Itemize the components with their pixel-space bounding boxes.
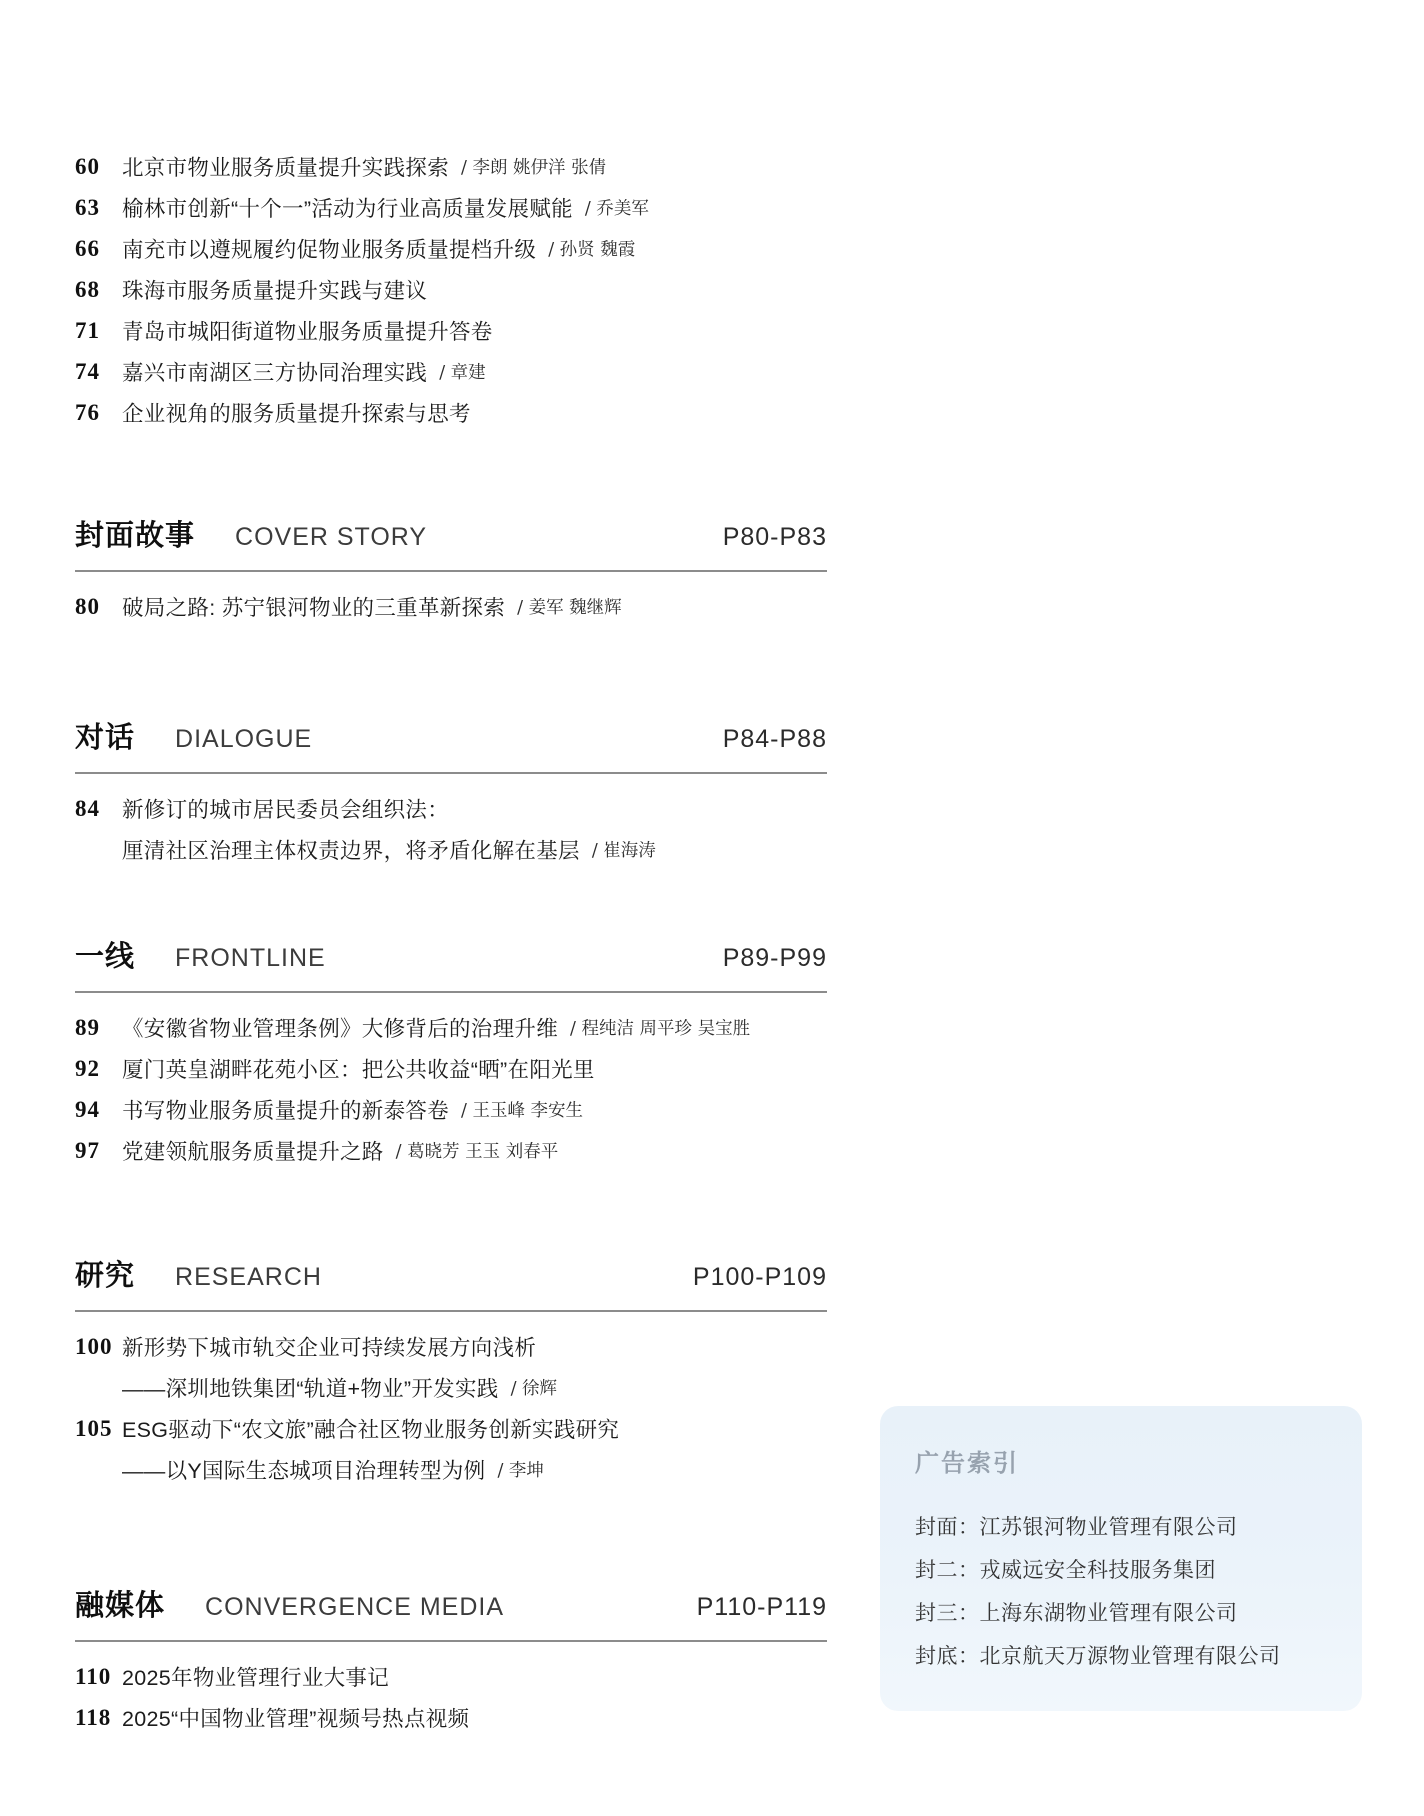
toc-item-title: 榆林市创新“十个一”活动为行业高质量发展赋能: [122, 192, 573, 223]
toc-item-title: ——以Y国际生态城项目治理转型为例: [122, 1454, 485, 1485]
ad-index-title: 广告索引: [915, 1450, 1362, 1478]
toc-item: 92 厦门英皇湖畔花苑小区：把公共收益“晒”在阳光里: [75, 1048, 827, 1089]
toc-item-title: 新形势下城市轨交企业可持续发展方向浅析: [122, 1331, 536, 1362]
section-page-range: P100-P109: [693, 1263, 827, 1292]
toc-item-authors: / 乔美军: [585, 195, 649, 220]
toc-item-number: 76: [75, 400, 122, 426]
section-header: 研究 RESEARCH P100-P109: [75, 1259, 827, 1312]
toc-item-title: 厘清社区治理主体权责边界，将矛盾化解在基层: [122, 834, 580, 865]
section-title-en: COVER STORY: [235, 523, 427, 552]
toc-item: 94 书写物业服务质量提升的新泰答卷 / 王玉峰 李安生: [75, 1089, 827, 1130]
toc-item-title: 党建领航服务质量提升之路: [122, 1135, 384, 1166]
toc-item: 84 新修订的城市居民委员会组织法：: [75, 788, 827, 829]
toc-item-title: 珠海市服务质量提升实践与建议: [122, 274, 427, 305]
section-header: 一线 FRONTLINE P89-P99: [75, 940, 827, 993]
ad-index-item: 封面：江苏银河物业管理有限公司: [915, 1504, 1362, 1547]
toc-item-title: 厦门英皇湖畔花苑小区：把公共收益“晒”在阳光里: [122, 1053, 595, 1084]
toc-item-title: 北京市物业服务质量提升实践探索: [122, 151, 449, 182]
toc-item-title: 破局之路: 苏宁银河物业的三重革新探索: [122, 591, 505, 622]
ad-index-item: 封三：上海东湖物业管理有限公司: [915, 1590, 1362, 1633]
ad-index-item: 封底：北京航天万源物业管理有限公司: [915, 1633, 1362, 1676]
toc-item-title: 嘉兴市南湖区三方协同治理实践: [122, 356, 427, 387]
toc-item: 71 青岛市城阳街道物业服务质量提升答卷: [75, 310, 827, 351]
section-title-en: CONVERGENCE MEDIA: [205, 1593, 504, 1622]
toc-item-number: 118: [75, 1705, 122, 1731]
toc-item-authors: / 葛晓芳 王玉 刘春平: [396, 1138, 559, 1163]
toc-item-title: 南充市以遵规履约促物业服务质量提档升级: [122, 233, 536, 264]
section-page-range: P89-P99: [723, 944, 827, 973]
toc-item-number: 110: [75, 1664, 122, 1690]
toc-item-authors: / 程纯洁 周平珍 吴宝胜: [570, 1015, 750, 1040]
section-title-zh: 封面故事: [75, 519, 195, 553]
toc-item-title: ESG驱动下“农文旅”融合社区物业服务创新实践研究: [122, 1413, 619, 1444]
toc-item-continuation: ——以Y国际生态城项目治理转型为例 / 李坤: [75, 1449, 827, 1490]
section-item-list: 110 2025年物业管理行业大事记 118 2025“中国物业管理”视频号热点…: [75, 1656, 827, 1738]
toc-item: 80 破局之路: 苏宁银河物业的三重革新探索 / 姜军 魏继辉: [75, 586, 827, 627]
toc-item-continuation: ——深圳地铁集团“轨道+物业”开发实践 / 徐辉: [75, 1367, 827, 1408]
section-item-list: 80 破局之路: 苏宁银河物业的三重革新探索 / 姜军 魏继辉: [75, 586, 827, 627]
toc-item: 63 榆林市创新“十个一”活动为行业高质量发展赋能 / 乔美军: [75, 187, 827, 228]
magazine-toc-page: 60 北京市物业服务质量提升实践探索 / 李朗 姚伊洋 张倩 63 榆林市创新“…: [0, 0, 1424, 1816]
toc-item-number: 94: [75, 1097, 122, 1123]
toc-item-number: 74: [75, 359, 122, 385]
section-title-en: FRONTLINE: [175, 944, 326, 973]
toc-item: 66 南充市以遵规履约促物业服务质量提档升级 / 孙贤 魏霞: [75, 228, 827, 269]
section-dialogue: 对话 DIALOGUE P84-P88 84 新修订的城市居民委员会组织法： 厘…: [75, 721, 827, 870]
toc-item-authors: / 李坤: [497, 1457, 543, 1482]
toc-item-authors: / 李朗 姚伊洋 张倩: [461, 154, 606, 179]
toc-item: 89 《安徽省物业管理条例》大修背后的治理升维 / 程纯洁 周平珍 吴宝胜: [75, 1007, 827, 1048]
toc-item-authors: / 王玉峰 李安生: [461, 1097, 583, 1122]
toc-item-authors: / 章建: [439, 359, 485, 384]
toc-item-number: 80: [75, 594, 122, 620]
section-header: 对话 DIALOGUE P84-P88: [75, 721, 827, 774]
toc-item-number: 100: [75, 1334, 122, 1360]
ad-index-list: 封面：江苏银河物业管理有限公司 封二：戎威远安全科技服务集团 封三：上海东湖物业…: [880, 1504, 1362, 1676]
section-item-list: 89 《安徽省物业管理条例》大修背后的治理升维 / 程纯洁 周平珍 吴宝胜 92…: [75, 1007, 827, 1171]
section-frontline: 一线 FRONTLINE P89-P99 89 《安徽省物业管理条例》大修背后的…: [75, 940, 827, 1171]
toc-item: 118 2025“中国物业管理”视频号热点视频: [75, 1697, 827, 1738]
toc-item-title: 企业视角的服务质量提升探索与思考: [122, 397, 471, 428]
section-page-range: P84-P88: [723, 725, 827, 754]
toc-plain-list: 60 北京市物业服务质量提升实践探索 / 李朗 姚伊洋 张倩 63 榆林市创新“…: [75, 146, 827, 433]
toc-item-number: 68: [75, 277, 122, 303]
section-convergence-media: 融媒体 CONVERGENCE MEDIA P110-P119 110 2025…: [75, 1589, 827, 1738]
toc-item-number: 89: [75, 1015, 122, 1041]
toc-item-authors: / 姜军 魏继辉: [517, 594, 622, 619]
section-title-zh: 研究: [75, 1259, 135, 1293]
section-title-zh: 融媒体: [75, 1589, 165, 1623]
toc-item-continuation: 厘清社区治理主体权责边界，将矛盾化解在基层 / 崔海涛: [75, 829, 827, 870]
toc-item-title: 2025年物业管理行业大事记: [122, 1661, 389, 1692]
section-item-list: 84 新修订的城市居民委员会组织法： 厘清社区治理主体权责边界，将矛盾化解在基层…: [75, 788, 827, 870]
section-title-zh: 对话: [75, 721, 135, 755]
toc-item-title: 青岛市城阳街道物业服务质量提升答卷: [122, 315, 493, 346]
section-title-en: RESEARCH: [175, 1263, 322, 1292]
section-page-range: P80-P83: [723, 523, 827, 552]
toc-item-number: 63: [75, 195, 122, 221]
toc-item: 105 ESG驱动下“农文旅”融合社区物业服务创新实践研究: [75, 1408, 827, 1449]
section-title-en: DIALOGUE: [175, 725, 312, 754]
toc-item: 97 党建领航服务质量提升之路 / 葛晓芳 王玉 刘春平: [75, 1130, 827, 1171]
toc-item-title: 书写物业服务质量提升的新泰答卷: [122, 1094, 449, 1125]
toc-item-number: 84: [75, 796, 122, 822]
toc-item: 100 新形势下城市轨交企业可持续发展方向浅析: [75, 1326, 827, 1367]
section-page-range: P110-P119: [697, 1593, 827, 1622]
toc-item-authors: / 徐辉: [511, 1375, 557, 1400]
toc-item-number: 66: [75, 236, 122, 262]
section-research: 研究 RESEARCH P100-P109 100 新形势下城市轨交企业可持续发…: [75, 1259, 827, 1490]
toc-item-title: 《安徽省物业管理条例》大修背后的治理升维: [122, 1012, 558, 1043]
toc-item-title: 新修订的城市居民委员会组织法：: [122, 793, 449, 824]
toc-item: 68 珠海市服务质量提升实践与建议: [75, 269, 827, 310]
toc-item: 74 嘉兴市南湖区三方协同治理实践 / 章建: [75, 351, 827, 392]
toc-item-authors: / 孙贤 魏霞: [548, 236, 635, 261]
section-header: 封面故事 COVER STORY P80-P83: [75, 519, 827, 572]
toc-item-number: 60: [75, 154, 122, 180]
toc-content-column: 60 北京市物业服务质量提升实践探索 / 李朗 姚伊洋 张倩 63 榆林市创新“…: [75, 146, 827, 1738]
section-cover-story: 封面故事 COVER STORY P80-P83 80 破局之路: 苏宁银河物业…: [75, 519, 827, 627]
toc-item-number: 105: [75, 1416, 122, 1442]
toc-item-number: 71: [75, 318, 122, 344]
section-item-list: 100 新形势下城市轨交企业可持续发展方向浅析 ——深圳地铁集团“轨道+物业”开…: [75, 1326, 827, 1490]
toc-item-number: 97: [75, 1138, 122, 1164]
toc-item-title: 2025“中国物业管理”视频号热点视频: [122, 1702, 469, 1733]
toc-item: 110 2025年物业管理行业大事记: [75, 1656, 827, 1697]
toc-item-number: 92: [75, 1056, 122, 1082]
toc-item-authors: / 崔海涛: [592, 837, 656, 862]
toc-item-title: ——深圳地铁集团“轨道+物业”开发实践: [122, 1372, 499, 1403]
toc-item: 60 北京市物业服务质量提升实践探索 / 李朗 姚伊洋 张倩: [75, 146, 827, 187]
section-header: 融媒体 CONVERGENCE MEDIA P110-P119: [75, 1589, 827, 1642]
ad-index-box: 广告索引 封面：江苏银河物业管理有限公司 封二：戎威远安全科技服务集团 封三：上…: [880, 1406, 1362, 1711]
ad-index-item: 封二：戎威远安全科技服务集团: [915, 1547, 1362, 1590]
toc-item: 76 企业视角的服务质量提升探索与思考: [75, 392, 827, 433]
section-title-zh: 一线: [75, 940, 135, 974]
